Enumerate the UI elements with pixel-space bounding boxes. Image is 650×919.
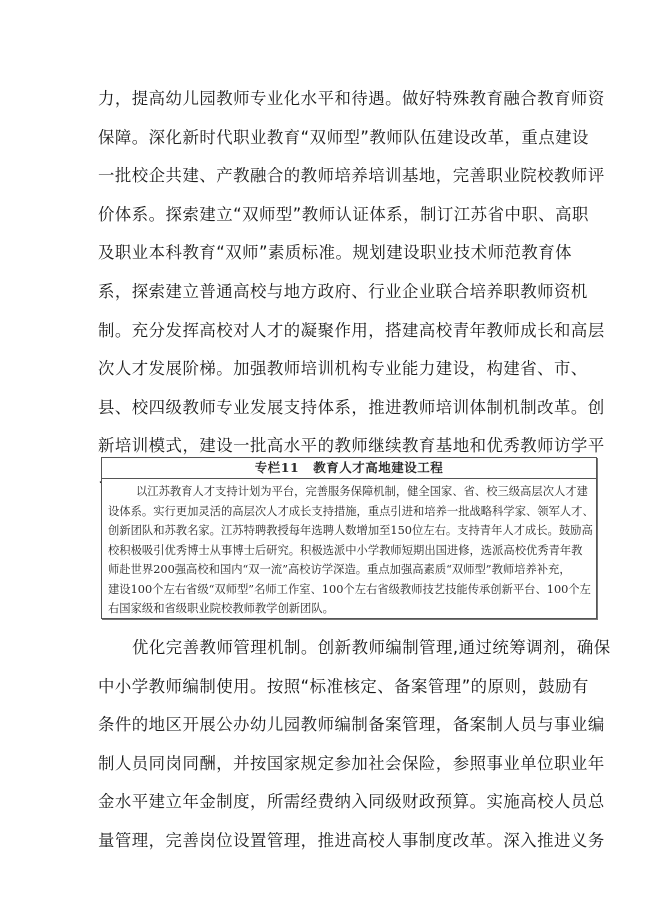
text-line: 及职业本科教育“双师”素质标准。规划建设职业技术师范教育体 bbox=[98, 234, 548, 273]
box-text-line: 以江苏教育人才支持计划为平台，完善服务保障机制，健全国家、省、校三级高层次人才建 bbox=[108, 482, 590, 502]
box-text-line: 设体系。实行更加灵活的高层次人才成长支持措施，重点引进和培养一批战略科学家、领军… bbox=[108, 502, 590, 522]
box-text-line: 右国家级和省级职业院校教师教学创新团队。 bbox=[108, 599, 590, 619]
text-line: 中小学教师编制使用。按照“标准核定、备案管理”的原则，鼓励有 bbox=[98, 668, 548, 707]
text-line: 量管理，完善岗位设置管理，推进高校人事制度改革。深入推进义务 bbox=[98, 822, 548, 861]
box-text-line: 创新团队和苏教名家。江苏特聘教授每年选聘人数增加至150位左右。支持青年人才成长… bbox=[108, 521, 590, 541]
paragraph-teacher-management: 优化完善教师管理机制。创新教师编制管理,通过统筹调剂，确保 中小学教师编制使用。… bbox=[98, 629, 548, 861]
text-line: 制。充分发挥高校对人才的凝聚作用，搭建高校青年教师成长和高层 bbox=[98, 312, 548, 351]
box-body: 以江苏教育人才支持计划为平台，完善服务保障机制，健全国家、省、校三级高层次人才建… bbox=[102, 479, 596, 619]
text-line: 金水平建立年金制度，所需经费纳入同级财政预算。实施高校人员总 bbox=[98, 783, 548, 822]
paragraph-teacher-development: 力，提高幼儿园教师专业化水平和待遇。做好特殊教育融合教育师资 保障。深化新时代职… bbox=[98, 80, 548, 505]
sidebar-box-column-11: 专栏11教育人才高地建设工程 以江苏教育人才支持计划为平台，完善服务保障机制，健… bbox=[101, 457, 597, 619]
text-line: 条件的地区开展公办幼儿园教师编制备案管理，备案制人员与事业编 bbox=[98, 706, 548, 745]
box-title: 教育人才高地建设工程 bbox=[313, 460, 443, 475]
text-line: 系，探索建立普通高校与地方政府、行业企业联合培养职教师资机 bbox=[98, 273, 548, 312]
text-line: 次人才发展阶梯。加强教师培训机构专业能力建设，构建省、市、 bbox=[98, 350, 548, 389]
document-page: 力，提高幼儿园教师专业化水平和待遇。做好特殊教育融合教育师资 保障。深化新时代职… bbox=[0, 0, 650, 919]
text-line: 保障。深化新时代职业教育“双师型”教师队伍建设改革，重点建设 bbox=[98, 119, 548, 158]
text-line: 力，提高幼儿园教师专业化水平和待遇。做好特殊教育融合教育师资 bbox=[98, 80, 548, 119]
text-line: 一批校企共建、产教融合的教师培养培训基地，完善职业院校教师评 bbox=[98, 157, 548, 196]
box-text-line: 校积极吸引优秀博士从事博士后研究。积极选派中小学教师短期出国进修，选派高校优秀青… bbox=[108, 541, 590, 561]
box-number: 专栏11 bbox=[255, 460, 299, 475]
text-line: 价体系。探索建立“双师型”教师认证体系，制订江苏省中职、高职 bbox=[98, 196, 548, 235]
box-header: 专栏11教育人才高地建设工程 bbox=[102, 458, 596, 479]
box-text-line: 建设100个左右省级“双师型”名师工作室、100个左右省级教师技艺技能传承创新平… bbox=[108, 580, 590, 600]
text-line: 优化完善教师管理机制。创新教师编制管理,通过统筹调剂，确保 bbox=[98, 629, 548, 668]
box-text-line: 师赴世界200强高校和国内“双一流”高校访学深造。重点加强高素质“双师型”教师培… bbox=[108, 560, 590, 580]
text-line: 制人员同岗同酬，并按国家规定参加社会保险，参照事业单位职业年 bbox=[98, 745, 548, 784]
text-line: 县、校四级教师专业发展支持体系，推进教师培训体制机制改革。创 bbox=[98, 389, 548, 428]
